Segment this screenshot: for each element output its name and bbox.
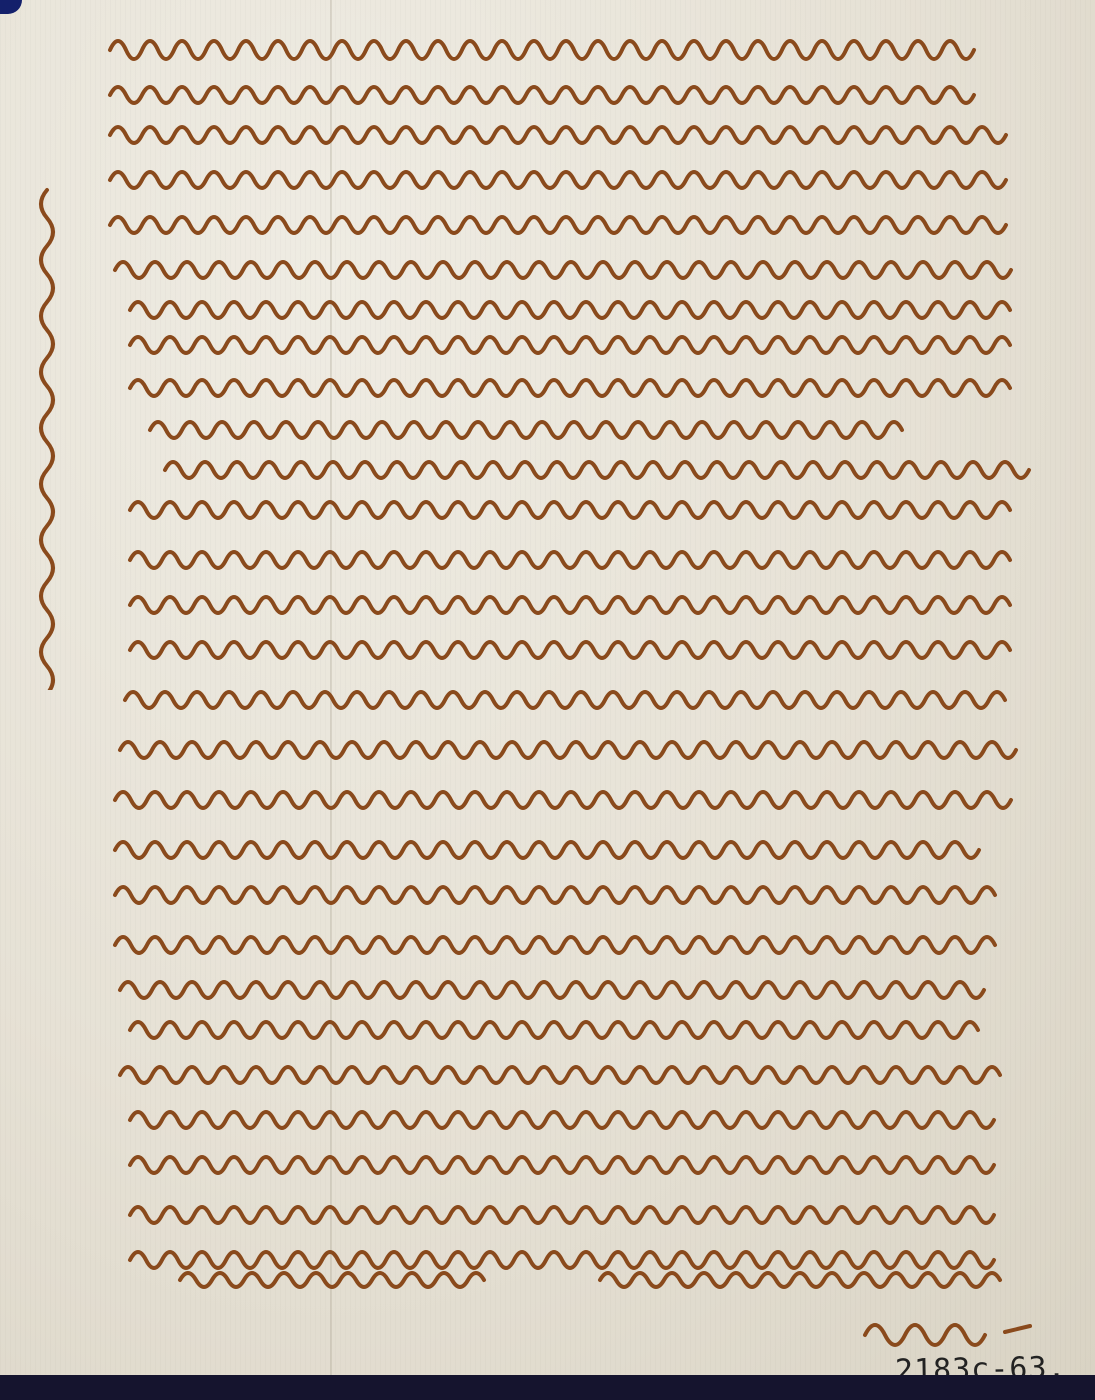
signature [855, 1310, 1035, 1350]
manuscript-page: 2183c-63. [0, 0, 1095, 1375]
background-band [0, 1375, 1095, 1400]
margin-vertical-note [22, 180, 72, 690]
handwritten-body-text [0, 0, 1095, 1375]
